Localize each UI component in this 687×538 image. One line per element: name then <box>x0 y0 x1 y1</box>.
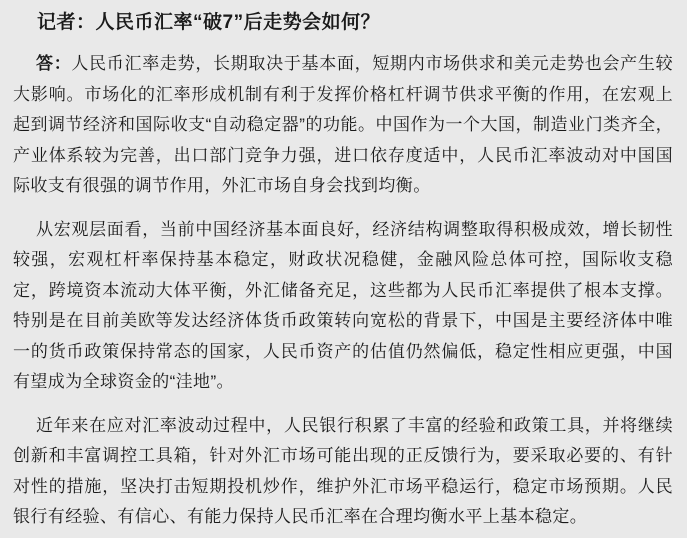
qa-article: 记者：人民币汇率“破7”后走势会如何？ 答：人民币汇率走势，长期取决于基本面，短… <box>0 0 687 533</box>
answer-paragraph: 答：人民币汇率走势，长期取决于基本面，短期内市场供求和美元走势也会产生较大影响。… <box>13 49 673 202</box>
document-page: { "colors": { "background": "#e9e9e9", "… <box>0 0 687 538</box>
macro-paragraph: 从宏观层面看，当前中国经济基本面良好，经济结构调整取得积极成效，增长韧性较强，宏… <box>13 215 673 398</box>
answer-lead: 答： <box>36 54 71 73</box>
pboc-paragraph: 近年来在应对汇率波动过程中，人民银行积累了丰富的经验和政策工具，并将继续创新和丰… <box>13 411 673 533</box>
question-title: 记者：人民币汇率“破7”后走势会如何？ <box>13 10 673 36</box>
pboc-paragraph-text: 近年来在应对汇率波动过程中，人民银行积累了丰富的经验和政策工具，并将继续创新和丰… <box>13 416 673 527</box>
macro-paragraph-text: 从宏观层面看，当前中国经济基本面良好，经济结构调整取得积极成效，增长韧性较强，宏… <box>13 220 673 392</box>
answer-paragraph-text: 人民币汇率走势，长期取决于基本面，短期内市场供求和美元走势也会产生较大影响。市场… <box>13 54 673 195</box>
